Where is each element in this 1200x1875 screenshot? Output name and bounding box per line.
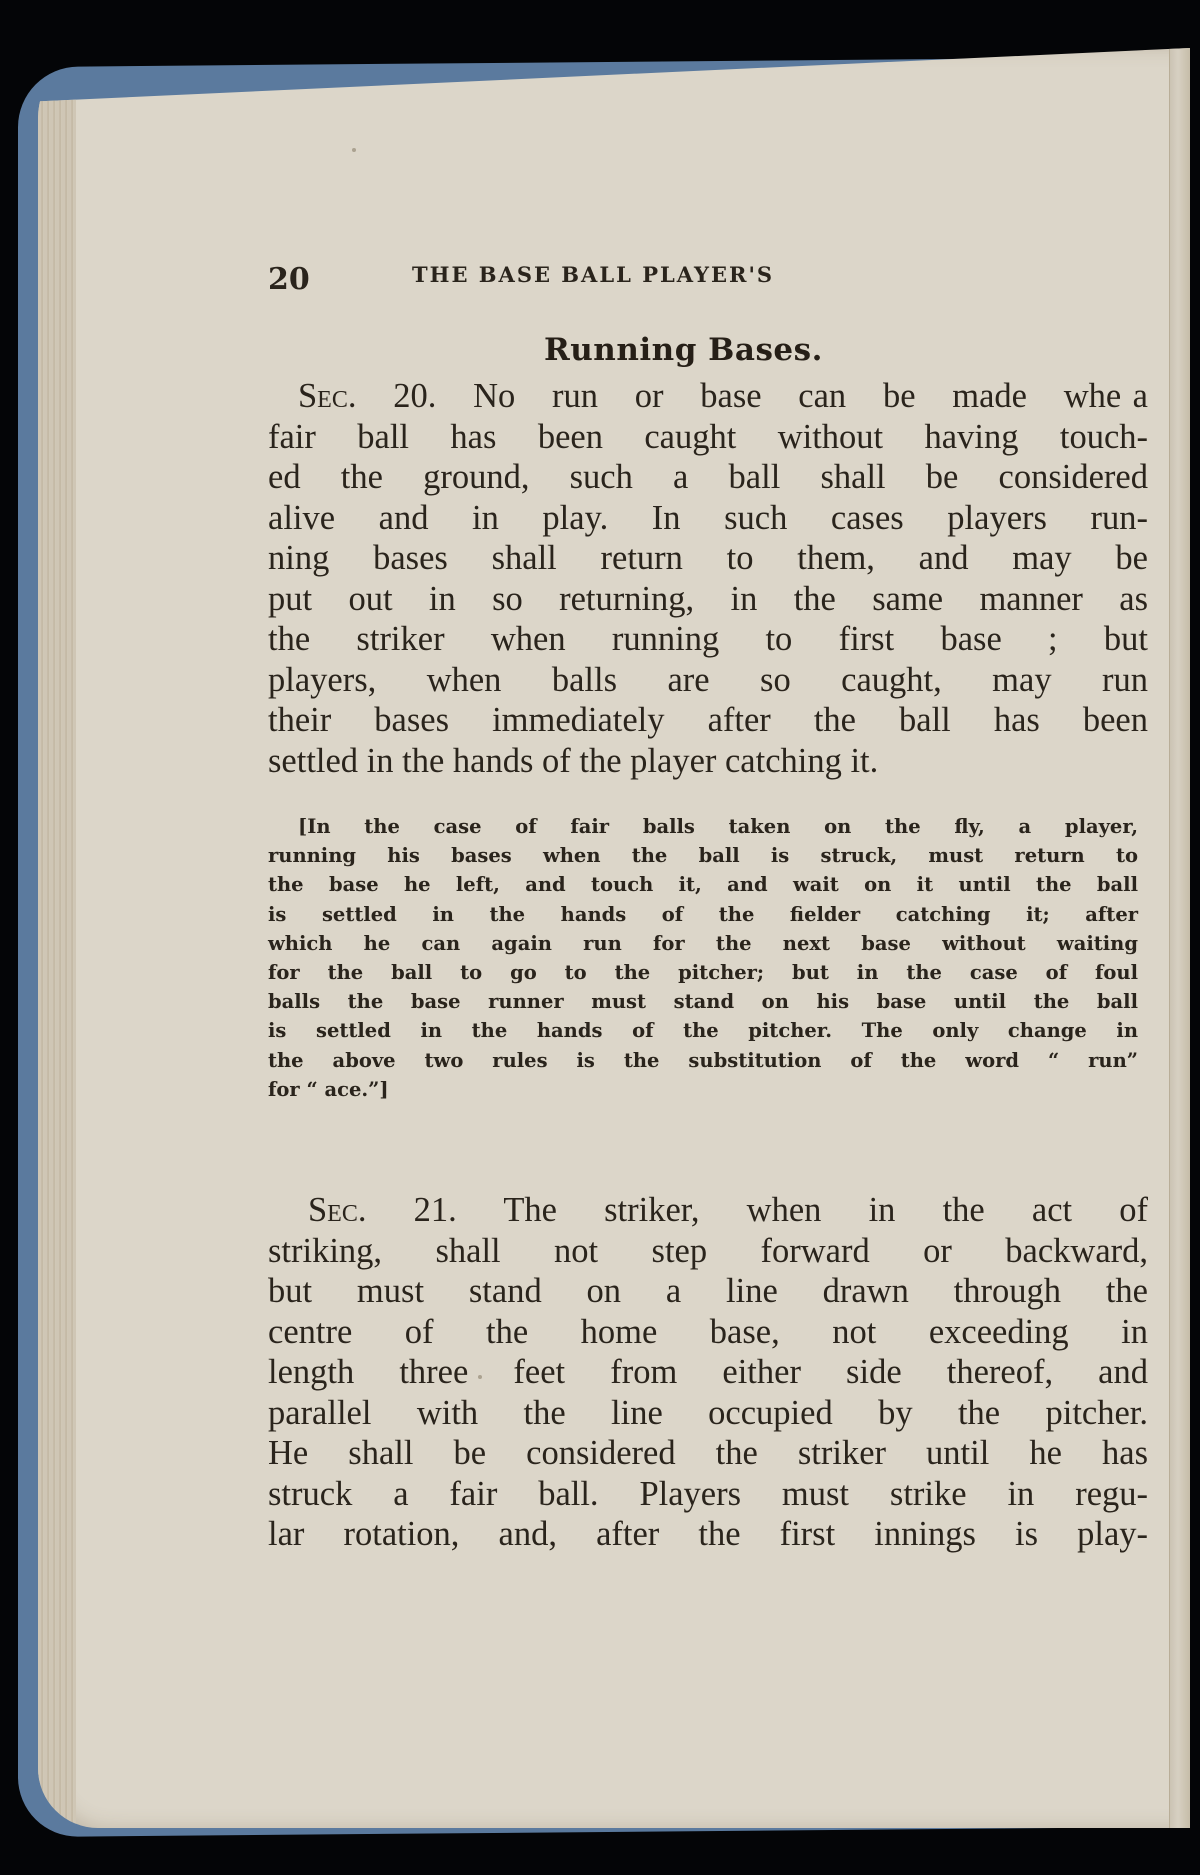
facing-page-edge [1169, 48, 1190, 1828]
text-line: ning bases shall return to them, and may… [268, 538, 1148, 579]
text-line: which he can again run for the next base… [268, 929, 1138, 958]
text-line: fair ball has been caught without having… [268, 417, 1148, 458]
section-20-paragraph: Sec. 20. No run or base can be made whe … [268, 376, 1148, 781]
paper-speck [352, 148, 356, 152]
text-line: struck a fair ball. Players must strike … [268, 1474, 1148, 1515]
section-label: Sec. 21. [308, 1191, 457, 1229]
text-line: lar rotation, and, after the first innin… [268, 1514, 1148, 1555]
section-21-paragraph: Sec. 21. The striker, when in the act of… [268, 1190, 1148, 1555]
text-line: put out in so returning, in the same man… [268, 579, 1148, 620]
text-line: alive and in play. In such cases players… [268, 498, 1148, 539]
page-number: 20 [268, 262, 310, 297]
text-line: is settled in the hands of the pitcher. … [268, 1016, 1138, 1045]
section-heading: Running Bases. [544, 332, 823, 368]
text-line: players, when balls are so caught, may r… [268, 660, 1148, 701]
running-head: 20 THE BASE BALL PLAYER'S [232, 250, 1142, 302]
text-line: but must stand on a line drawn through t… [268, 1271, 1148, 1312]
running-title: THE BASE BALL PLAYER'S [412, 262, 774, 287]
text-line: for “ ace.”] [268, 1075, 1138, 1104]
text-line: their bases immediately after the ball h… [268, 700, 1148, 741]
text-line: running his bases when the ball is struc… [268, 841, 1138, 870]
text-line: the striker when running to first base ;… [268, 619, 1148, 660]
text-line: is settled in the hands of the fielder c… [268, 900, 1138, 929]
text-line: length three feet from either side there… [268, 1352, 1148, 1393]
text-line: ed the ground, such a ball shall be cons… [268, 457, 1148, 498]
text-line: striking, shall not step forward or back… [268, 1231, 1148, 1272]
text-line: for the ball to go to the pitcher; but i… [268, 958, 1138, 987]
text-line: parallel with the line occupied by the p… [268, 1393, 1148, 1434]
text-line: centre of the home base, not exceeding i… [268, 1312, 1148, 1353]
page-stack-edge [38, 48, 76, 1828]
text-line: the above two rules is the substitution … [268, 1046, 1138, 1075]
text-line: balls the base runner must stand on his … [268, 987, 1138, 1016]
text-line: Sec. 21. The striker, when in the act of [268, 1190, 1148, 1231]
text-line: the base he left, and touch it, and wait… [268, 870, 1138, 899]
section-label: Sec. 20. [298, 377, 436, 415]
text-line: [In the case of fair balls taken on the … [268, 812, 1138, 841]
text-line: Sec. 20. No run or base can be made whe … [268, 376, 1148, 417]
editorial-note: [In the case of fair balls taken on the … [268, 812, 1138, 1104]
text-line: He shall be considered the striker until… [268, 1433, 1148, 1474]
book-photo: 20 THE BASE BALL PLAYER'S Running Bases.… [0, 0, 1200, 1875]
page-text: 20 THE BASE BALL PLAYER'S Running Bases.… [232, 250, 1142, 302]
text-line: settled in the hands of the player catch… [268, 741, 1148, 782]
